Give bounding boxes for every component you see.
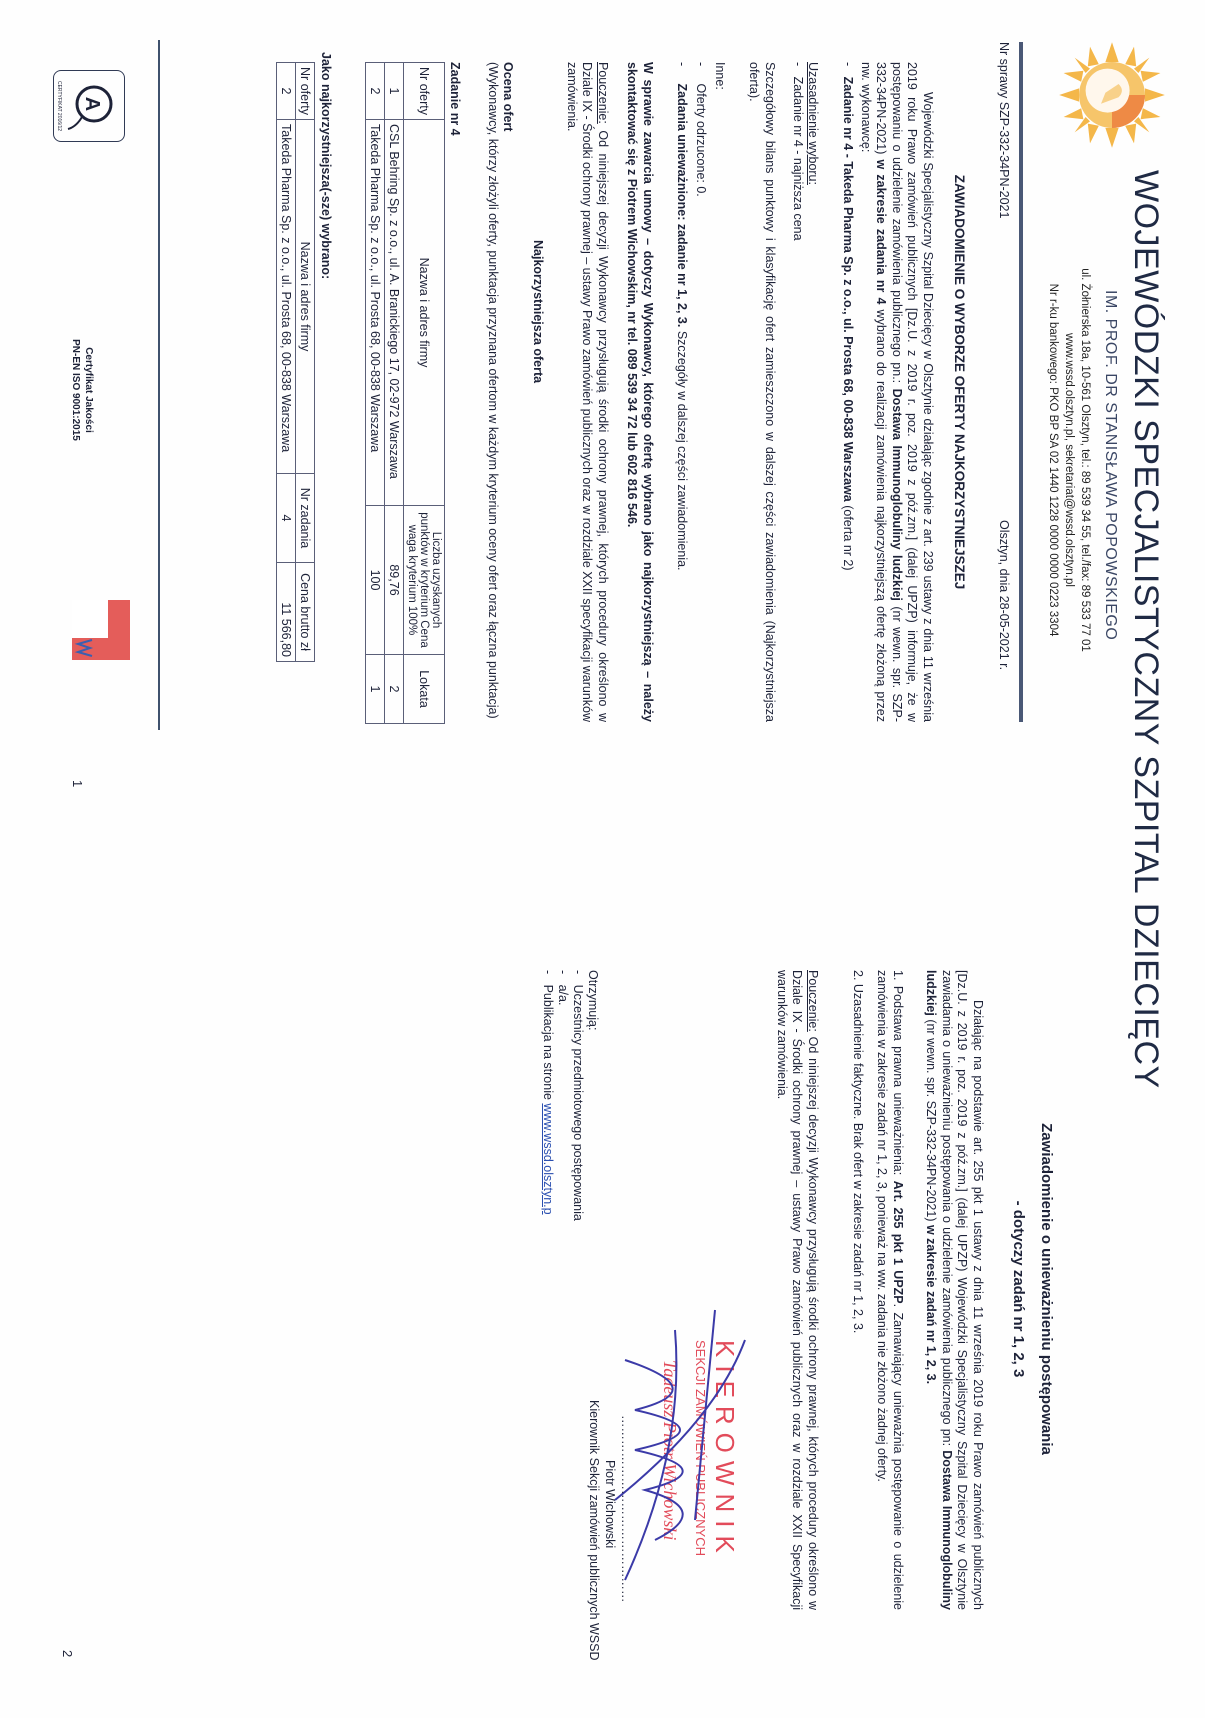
- cancellation-intro: Działając na podstawie art. 255 pkt 1 us…: [923, 970, 985, 1610]
- page-number: 1: [70, 780, 85, 787]
- sun-child-logo-icon: [1057, 40, 1167, 150]
- table-cell: 89,76: [385, 506, 404, 655]
- col-header: Nazwa i adres firmy: [404, 120, 445, 506]
- table-cell: CSL Behring Sp. z o.o., ul. A. Branickie…: [385, 120, 404, 506]
- recipient-item: - a/a.: [556, 970, 570, 1005]
- factual-justification-point: 2. Uzasadnienie faktyczne. Brak ofert w …: [850, 970, 866, 1610]
- selected-offer-table: Nr oferty Nazwa i adres firmy Nr zadania…: [276, 62, 315, 662]
- table-cell: 1: [366, 655, 385, 724]
- publication-link[interactable]: www.wssd.olsztyn.p: [541, 1103, 555, 1214]
- table-cell: 4: [277, 474, 296, 563]
- quality-certificate-text: Certyfikat Jakości PN-EN ISO 9001:2015: [69, 280, 95, 500]
- col-header: Lokata: [404, 655, 445, 724]
- best-offer-heading: Najkorzystniejsza oferta: [531, 240, 545, 383]
- svg-text:A: A: [81, 97, 103, 111]
- justification-heading: Uzasadnienie wyboru:: [806, 62, 820, 185]
- col-header: Liczba uzyskanych punktów w kryterium Ce…: [404, 506, 445, 655]
- table-row: 1CSL Behring Sp. z o.o., ul. A. Branicki…: [385, 63, 404, 724]
- table-cell: Takeda Pharma Sp. z o.o., ul. Prosta 68,…: [366, 120, 385, 506]
- selected-contractor-line: - Zadanie nr 4 - Takeda Pharma Sp. z o.o…: [841, 62, 855, 571]
- document-date: Olsztyn, dnia 28-05-2021 r.: [997, 520, 1011, 670]
- cancelled-tasks-line: - Zadania unieważnione: zadanie nr 1, 2,…: [675, 62, 689, 571]
- regional-logo-icon: [72, 600, 130, 660]
- hospital-address: ul. Żołnierska 18a, 10-561 Olsztyn, tel.…: [1045, 180, 1093, 740]
- rejected-offers-line: - Oferty odrzucone: 0.: [694, 62, 708, 197]
- recipient-item: - Uczestnicy przedmiotowego postępowania: [571, 970, 585, 1221]
- evaluation-heading: Ocena ofert: [501, 62, 515, 131]
- table-cell: Takeda Pharma Sp. z o.o., ul. Prosta 68,…: [277, 120, 296, 474]
- col-header: Nr oferty: [296, 63, 315, 120]
- bank-account-line: Nr r-ku bankowego: PKO BP SA 02 1440 122…: [1045, 180, 1061, 740]
- table-cell: 1: [385, 63, 404, 120]
- legal-basis-point: 1. Podstawa prawna unieważnienia: Art. 2…: [874, 970, 905, 1610]
- signature-dots: ………………………………………: [619, 1415, 633, 1603]
- table-cell: 2: [277, 63, 296, 120]
- evaluation-description: (Wykonawcy, którzy złożyli oferty, punkt…: [485, 62, 501, 722]
- page-number: 2: [60, 1650, 75, 1657]
- case-number: Nr sprawy SZP-332-34PN-2021: [997, 42, 1011, 218]
- page-2: Zawiadomienie o unieważnieniu postępowan…: [0, 860, 1205, 1718]
- legal-instruction: Pouczenie: Od niniejszej decyzji Wykonaw…: [774, 970, 821, 1610]
- signatory-role: Kierownik Sekcji zamówień publicznych WS…: [587, 1400, 601, 1661]
- address-line: ul. Żołnierska 18a, 10-561 Olsztyn, tel.…: [1077, 180, 1093, 740]
- page-1: WOJEWÓDZKI SPECJALISTYCZNY SZPITAL DZIEC…: [0, 0, 1205, 860]
- contract-contact-note: W sprawie zawarcia umowy – dotyczy Wykon…: [624, 62, 655, 722]
- table-row: 2Takeda Pharma Sp. z o.o., ul. Prosta 68…: [366, 63, 385, 724]
- other-heading: Inne:: [713, 62, 727, 90]
- table-cell: 2: [385, 655, 404, 724]
- document-title: ZAWIADOMIENIE O WYBORZE OFERTY NAJKORZYS…: [952, 42, 967, 722]
- publication-line: - Publikacja na stronie www.wssd.olsztyn…: [541, 970, 555, 1215]
- selected-caption: Jako najkorzystniejsza(-sze) wybrano:: [319, 52, 333, 279]
- col-header: Nr zadania: [296, 474, 315, 563]
- task4-caption: Zadanie nr 4: [448, 62, 462, 136]
- scanned-document: WOJEWÓDZKI SPECJALISTYCZNY SZPITAL DZIEC…: [0, 0, 1205, 1718]
- table-cell: 11 566,80: [277, 563, 296, 662]
- table-row: 2Takeda Pharma Sp. z o.o., ul. Prosta 68…: [277, 63, 296, 662]
- detail-note: Szczegółowy bilans punktowy i klasyfikac…: [746, 62, 777, 722]
- legal-instruction: Pouczenie: Od niniejszej decyzji Wykonaw…: [564, 62, 611, 722]
- task4-scores-table: Nr oferty Nazwa i adres firmy Liczba uzy…: [365, 62, 445, 724]
- recipients-heading: Otrzymują:: [586, 970, 600, 1030]
- certificate-a-badge-icon: A CERTYFIKAT 2016/12: [53, 70, 125, 142]
- cancellation-subtitle: - dotyczy zadań nr 1, 2, 3: [1010, 860, 1027, 1718]
- table-cell: 100: [366, 506, 385, 655]
- col-header: Nazwa i adres firmy: [296, 120, 315, 474]
- intro-paragraph: Wojewódzki Specjalistyczny Szpital Dziec…: [858, 62, 936, 722]
- justification-item: - Zadanie nr 4 - najniższa cena: [791, 62, 805, 241]
- col-header: Nr oferty: [404, 63, 445, 120]
- table-cell: 2: [366, 63, 385, 120]
- hospital-subtitle: IM. PROF. DR STANISŁAWA POPOWSKIEGO: [1101, 290, 1119, 640]
- header-divider: [1019, 42, 1023, 722]
- web-email-line: www.wssd.olsztyn.pl, sekretariat@wssd.ol…: [1061, 180, 1077, 740]
- cancellation-title: Zawiadomienie o unieważnieniu postępowan…: [1038, 860, 1055, 1718]
- col-header: Cena brutto zł: [296, 563, 315, 662]
- footer-divider: [158, 40, 160, 730]
- signatory-name: Piotr Wichowski: [603, 1460, 617, 1548]
